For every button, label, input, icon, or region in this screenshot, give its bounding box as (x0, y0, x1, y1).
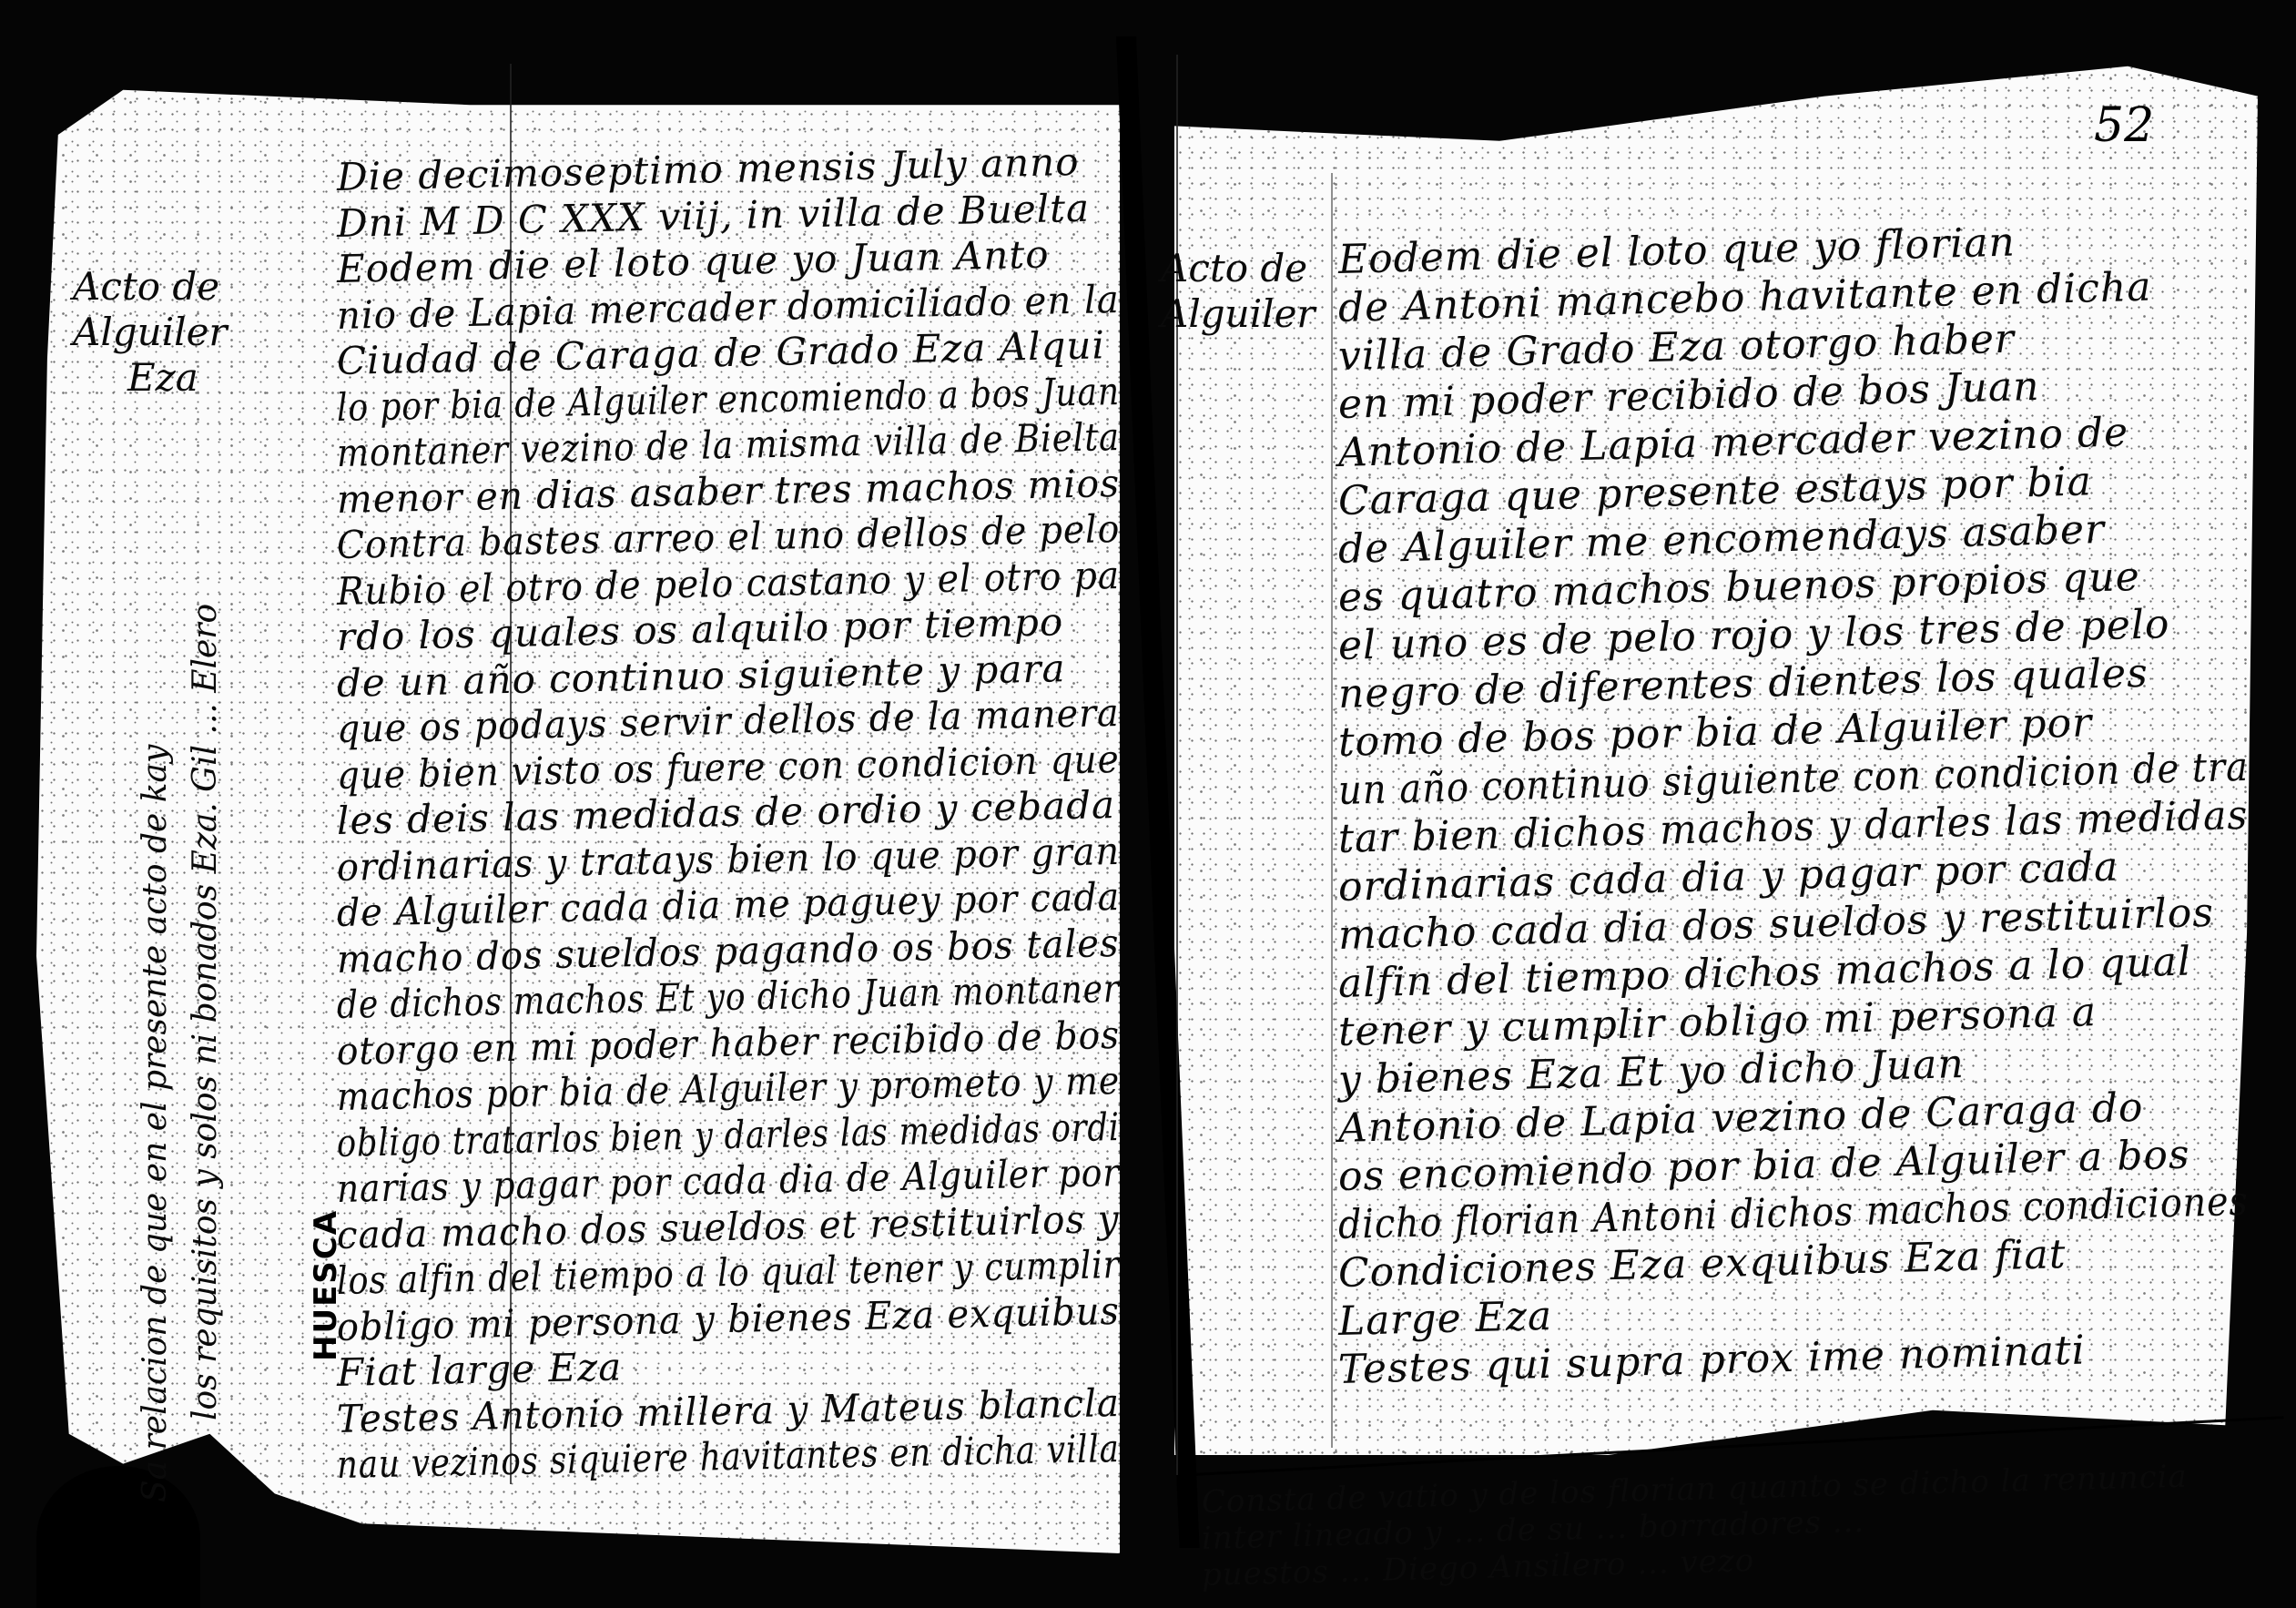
margin-note-line: Alguiler (1161, 291, 1316, 337)
manuscript-line: Fiat large Eza (336, 1344, 622, 1395)
page-number: 52 (2094, 98, 2154, 153)
margin-note-line: Acto de (73, 264, 228, 310)
margin-rule-right-inner (1331, 173, 1333, 1448)
margin-note-line: Acto de (1161, 246, 1316, 291)
right-margin-note: Acto de Alguiler (1161, 246, 1316, 337)
manuscript-line: Large Eza (1337, 1293, 1552, 1345)
ink-blot (36, 1466, 200, 1608)
margin-note-line: Alguiler (73, 310, 228, 355)
left-margin-note: Acto de Alguiler Eza (73, 264, 228, 401)
vertical-margin-line: los requisitos y solos ni bonados Eza. G… (187, 604, 224, 1420)
vertical-margin-line: Sa relacion de que en el presente acto d… (137, 745, 174, 1502)
margin-note-line: Eza (73, 355, 228, 401)
